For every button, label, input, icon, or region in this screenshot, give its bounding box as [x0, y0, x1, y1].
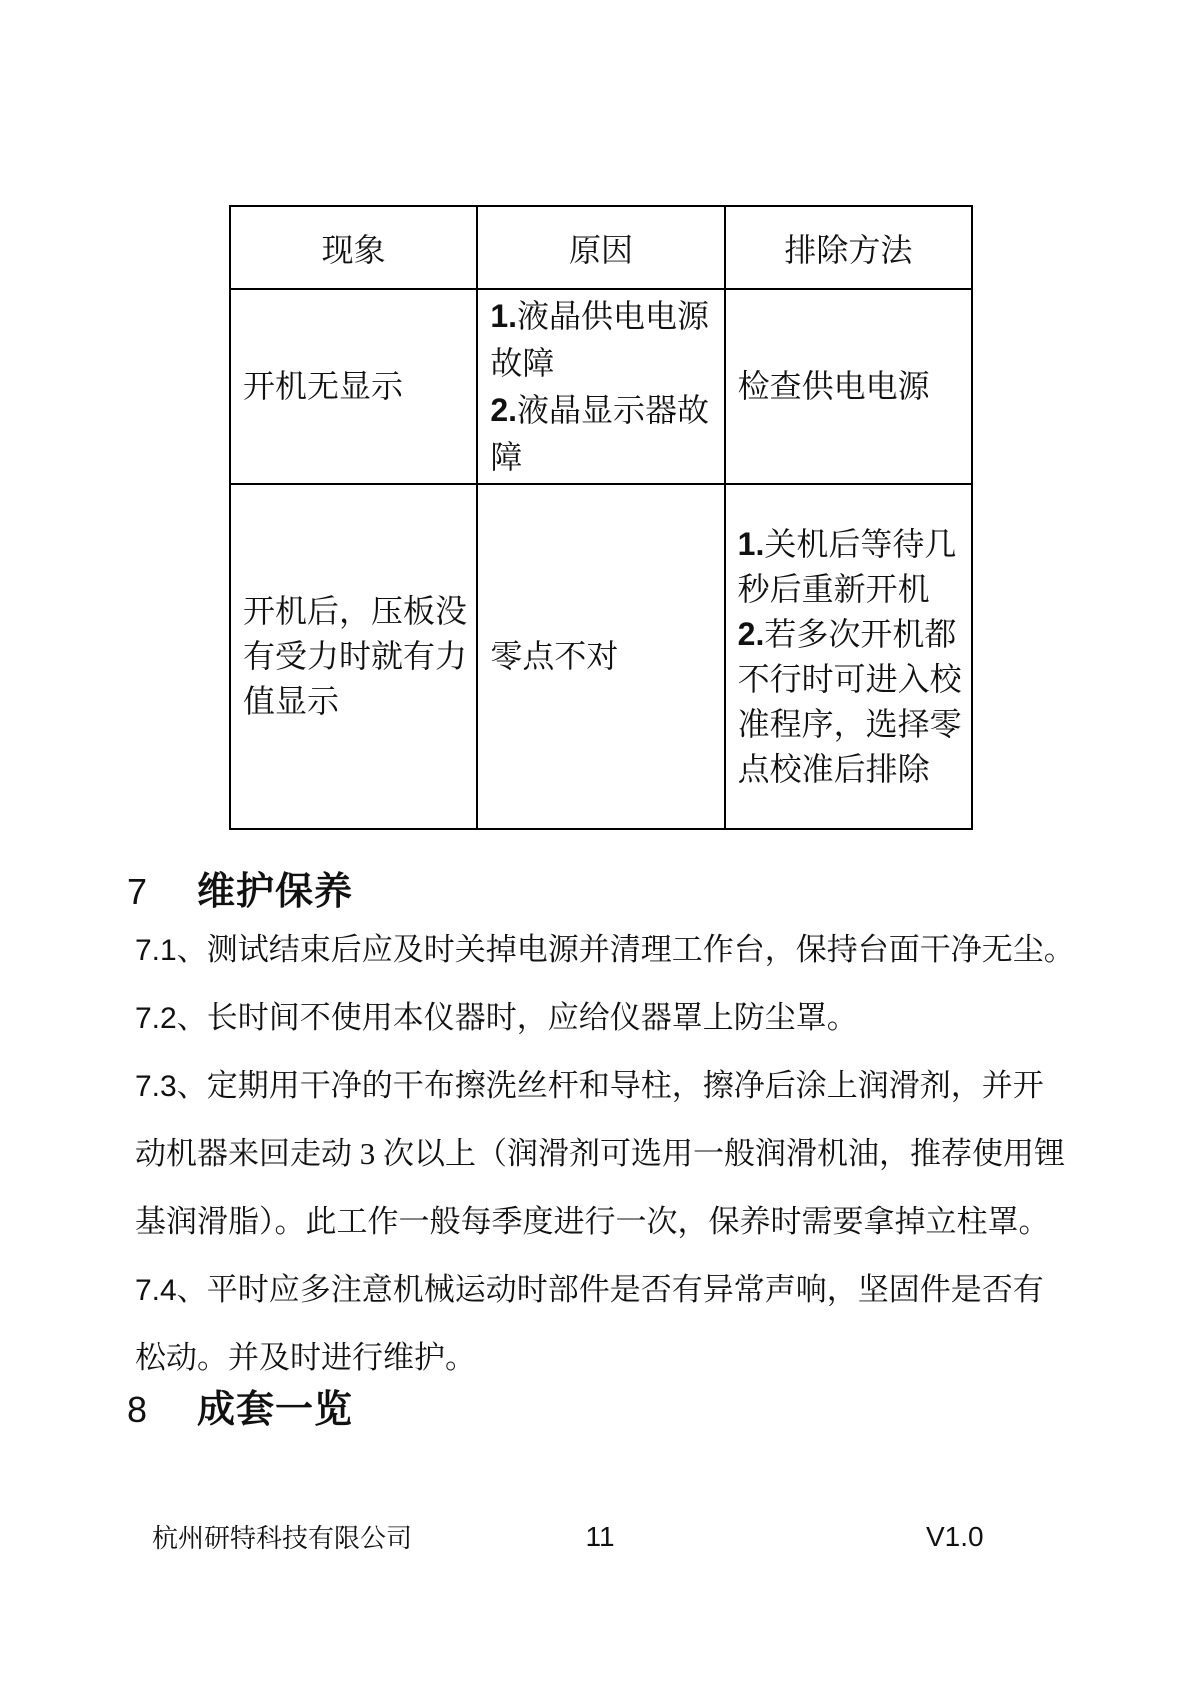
paragraph-line: 基润滑脂）。此工作一般每季度进行一次，保养时需要拿掉立柱罩。 — [135, 1188, 1145, 1256]
clause-text: 测试结束后应及时关掉电源并清理工作台，保持台面干净无尘。 — [207, 932, 1075, 967]
footer-version: V1.0 — [926, 1520, 984, 1554]
clause-text: 长时间不使用本仪器时，应给仪器罩上防尘罩。 — [207, 1000, 858, 1035]
item-number: 1. — [738, 526, 765, 562]
cell-cause-2: 零点不对 — [477, 484, 724, 829]
clause-text: 定期用干净的干布擦洗丝杆和导柱，擦净后涂上润滑剂，并开 — [207, 1068, 1044, 1103]
phenomenon-text: 开机后，压板没有受力时就有力值显示 — [243, 589, 476, 724]
remedy-item: 1.关机后等待几秒后重新开机 — [738, 522, 971, 612]
item-number: 1. — [490, 298, 517, 334]
remedy-item: 检查供电电源 — [738, 363, 971, 410]
cell-remedy-2: 1.关机后等待几秒后重新开机 2.若多次开机都不行时可进入校准程序，选择零点校准… — [725, 484, 972, 829]
clause-text: 平时应多注意机械运动时部件是否有异常声响，坚固件是否有 — [207, 1272, 1044, 1307]
item-text: 液晶显示器故障 — [490, 392, 709, 475]
section-8-number: 8 — [127, 1389, 197, 1431]
item-text: 若多次开机都不行时可进入校准程序，选择零点校准后排除 — [738, 616, 962, 787]
table-row: 开机无显示 1.液晶供电电源故障 2.液晶显示器故障 检查供电电源 — [230, 289, 972, 484]
cause-item: 2.液晶显示器故障 — [490, 387, 723, 481]
paragraph-line: 动机器来回走动 3 次以上（润滑剂可选用一般润滑机油，推荐使用锂 — [135, 1120, 1145, 1188]
cell-remedy-1: 检查供电电源 — [725, 289, 972, 484]
table-header-row: 现象 原因 排除方法 — [230, 206, 972, 289]
item-text: 液晶供电电源故障 — [490, 298, 709, 381]
table-row: 开机后，压板没有受力时就有力值显示 零点不对 1.关机后等待几秒后重新开机 2.… — [230, 484, 972, 829]
item-number: 2. — [490, 392, 517, 428]
paragraph-line: 7.3、定期用干净的干布擦洗丝杆和导柱，擦净后涂上润滑剂，并开 — [135, 1052, 1145, 1120]
clause-text: 基润滑脂）。此工作一般每季度进行一次，保养时需要拿掉立柱罩。 — [135, 1204, 1050, 1239]
table-header-phenomenon: 现象 — [230, 206, 477, 289]
clause-number: 7.4、 — [135, 1274, 207, 1307]
cause-item: 零点不对 — [490, 634, 723, 679]
table-header-cause: 原因 — [477, 206, 724, 289]
cell-phenomenon-1: 开机无显示 — [230, 289, 477, 484]
cell-cause-1: 1.液晶供电电源故障 2.液晶显示器故障 — [477, 289, 724, 484]
table-header-remedy: 排除方法 — [725, 206, 972, 289]
clause-number: 7.3、 — [135, 1070, 207, 1103]
item-text: 零点不对 — [490, 638, 618, 674]
clause-number: 7.1、 — [135, 934, 207, 967]
troubleshooting-table: 现象 原因 排除方法 开机无显示 1.液晶供电电源故障 2.液晶显示器故障 检查… — [229, 205, 973, 830]
item-number: 2. — [738, 616, 765, 652]
clause-text: 动机器来回走动 3 次以上（润滑剂可选用一般润滑机油，推荐使用锂 — [135, 1136, 1065, 1171]
cause-item: 1.液晶供电电源故障 — [490, 293, 723, 387]
paragraph-line: 7.2、长时间不使用本仪器时，应给仪器罩上防尘罩。 — [135, 984, 1145, 1052]
clause-text: 松动。并及时进行维护。 — [135, 1340, 476, 1375]
paragraph-line: 7.1、测试结束后应及时关掉电源并清理工作台，保持台面干净无尘。 — [135, 916, 1145, 984]
document-page: 现象 原因 排除方法 开机无显示 1.液晶供电电源故障 2.液晶显示器故障 检查… — [0, 0, 1200, 1702]
phenomenon-text: 开机无显示 — [243, 363, 476, 410]
section-8-heading: 8 成套一览 — [127, 1378, 353, 1433]
section-7-heading: 7 维护保养 — [127, 860, 353, 915]
remedy-item: 2.若多次开机都不行时可进入校准程序，选择零点校准后排除 — [738, 612, 971, 792]
footer-page-number: 11 — [0, 1520, 1200, 1554]
section-7-number: 7 — [127, 871, 197, 913]
item-text: 检查供电电源 — [738, 368, 930, 404]
paragraph-line: 7.4、平时应多注意机械运动时部件是否有异常声响，坚固件是否有 — [135, 1256, 1145, 1324]
section-7-title: 维护保养 — [197, 860, 353, 915]
section-7-body: 7.1、测试结束后应及时关掉电源并清理工作台，保持台面干净无尘。 7.2、长时间… — [135, 916, 1145, 1392]
clause-number: 7.2、 — [135, 1002, 207, 1035]
cell-phenomenon-2: 开机后，压板没有受力时就有力值显示 — [230, 484, 477, 829]
item-text: 关机后等待几秒后重新开机 — [738, 526, 957, 607]
section-8-title: 成套一览 — [197, 1378, 353, 1433]
